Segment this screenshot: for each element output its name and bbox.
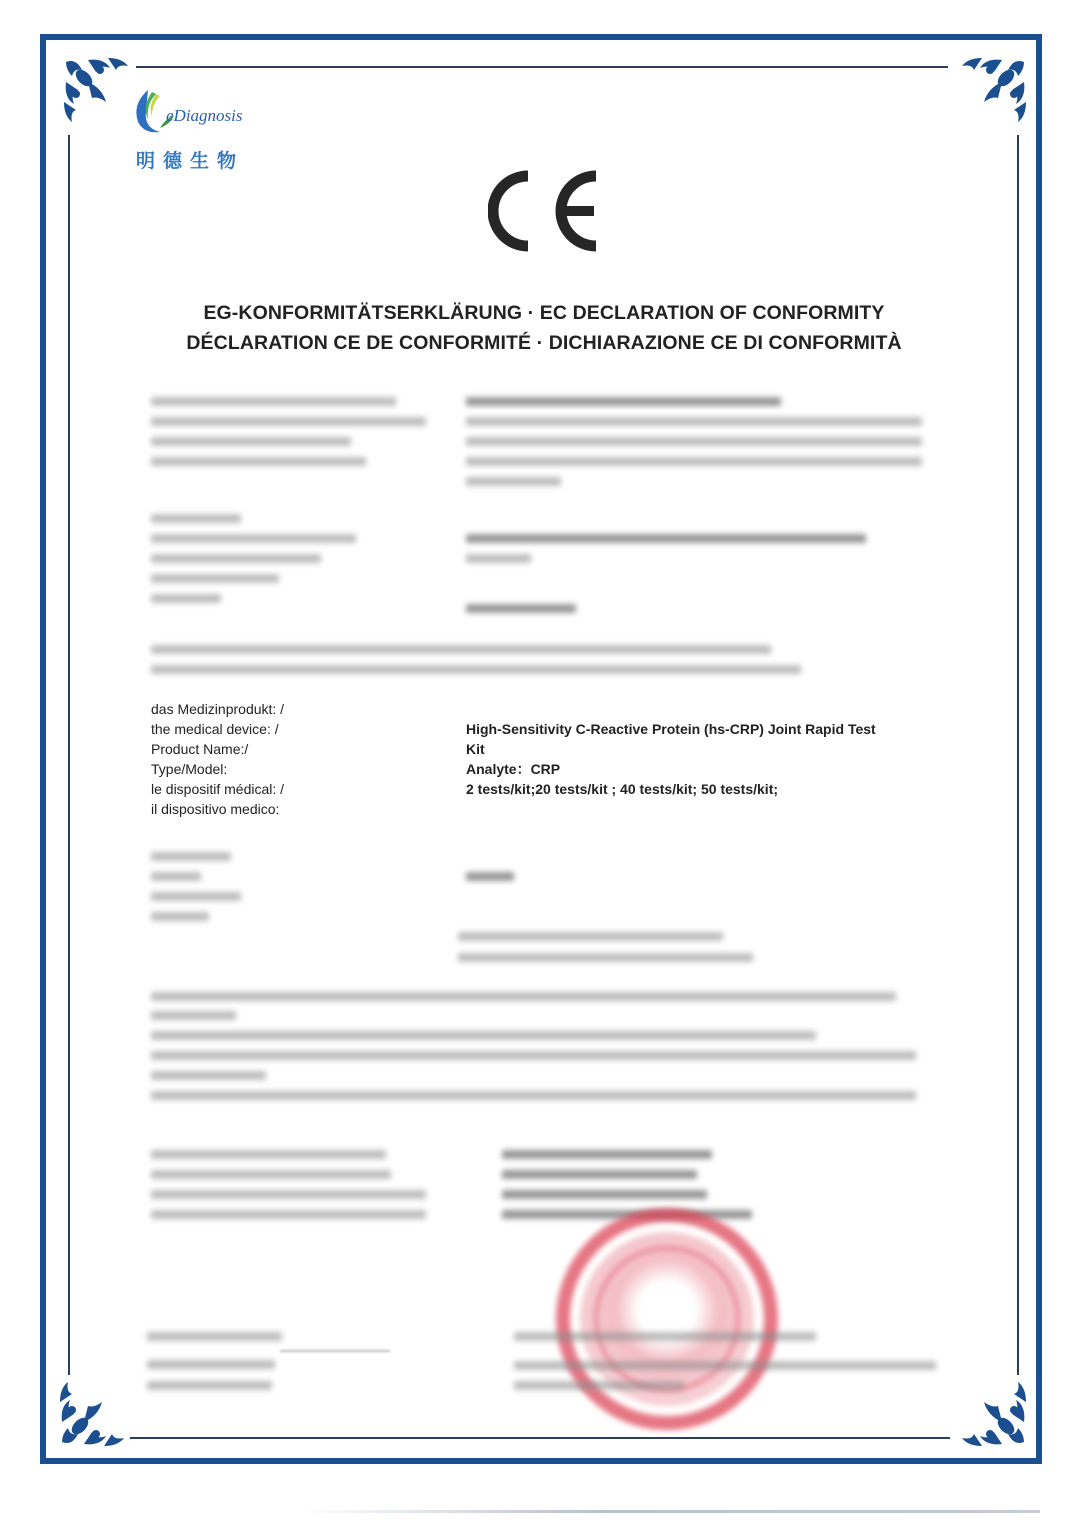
title-line-1: EG-KONFORMITÄTSERKLÄRUNG · EC DECLARATIO… — [0, 302, 1080, 325]
product-values: High-Sensitivity C-Reactive Protein (hs-… — [466, 719, 916, 799]
title-line-2: DÉCLARATION CE DE CONFORMITÉ · DICHIARAZ… — [0, 332, 1080, 355]
product-name-continued: Kit — [466, 739, 916, 759]
corner-ornament-icon — [58, 52, 138, 132]
scan-edge-shadow — [300, 1510, 1040, 1513]
label-dispositif-medical: le dispositif médical: / — [151, 779, 284, 799]
label-medizinprodukt: das Medizinprodukt: / — [151, 699, 284, 719]
analyte: Analyte：CRP — [466, 759, 916, 779]
corner-ornament-icon — [952, 52, 1032, 132]
product-labels: das Medizinprodukt: / the medical device… — [151, 699, 284, 819]
corner-ornament-icon — [54, 1372, 134, 1452]
inner-border-bottom — [130, 1437, 950, 1439]
label-product-name: Product Name:/ — [151, 739, 284, 759]
product-name: High-Sensitivity C-Reactive Protein (hs-… — [466, 719, 916, 739]
label-medical-device: the medical device: / — [151, 719, 284, 739]
ce-mark-icon — [488, 170, 604, 252]
company-seal-stamp-icon — [556, 1208, 778, 1430]
brand-name: eDiagnosis — [166, 106, 243, 126]
inner-border-top — [136, 66, 948, 68]
brand-chinese-name: 明德生物 — [136, 146, 244, 173]
corner-ornament-icon — [952, 1372, 1032, 1452]
label-dispositivo-medico: il dispositivo medico: — [151, 799, 284, 819]
pack-sizes: 2 tests/kit;20 tests/kit ; 40 tests/kit;… — [466, 779, 916, 799]
label-type-model: Type/Model: — [151, 759, 284, 779]
